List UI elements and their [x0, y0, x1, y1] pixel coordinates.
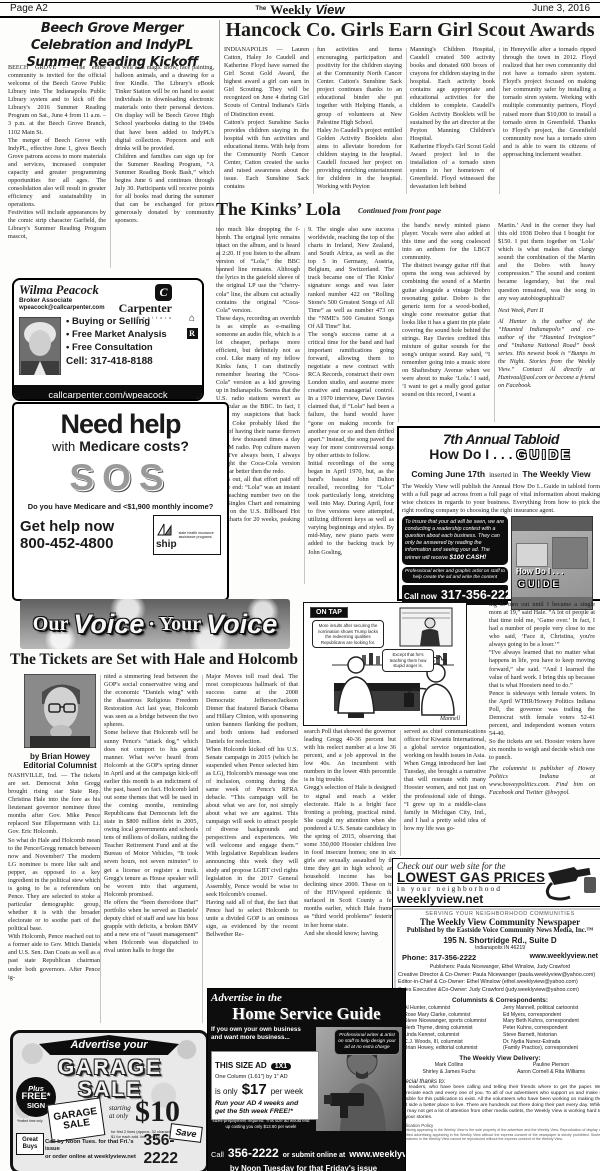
garage-roof-banner: Advertise your [39, 1035, 179, 1055]
kinks-headline: The Kinks’ Lola [216, 199, 356, 220]
medicare-subline: Medicare costs? [79, 438, 189, 454]
realtor-icons: ⌂ R [185, 314, 199, 339]
ship-sails-icon [156, 522, 174, 536]
thanks-body: Our readers, who have been calling and t… [398, 1085, 600, 1122]
hancock-article-col3: Manning's Children Hospital, Caudell cre… [410, 46, 495, 198]
carpenter-logo: C Carpenter R e a l t o r s [119, 283, 172, 320]
masthead-publishers: Publishers: Paula Nicewanger, Ethel Wins… [398, 964, 600, 970]
editorial-cartoon: ON TAP More insults after securing the n… [303, 602, 467, 726]
howdoi-ad-paper: The Weekly View [522, 469, 590, 479]
tickets-article-col3: Major Moves toll road deal. The most con… [206, 673, 298, 990]
howdoi-ad-body: The Weekly View will publish the Annual … [402, 483, 600, 514]
kinks-article-col4: Martin.’ And in the corner they had this… [498, 222, 595, 424]
cover-photo-block [516, 543, 548, 567]
size-label: THIS SIZE AD [215, 1061, 267, 1070]
wilma-bullet-2: • Free Market Analysis [66, 329, 178, 342]
tickets-article-col4: search Poll that showed the governor lea… [304, 728, 396, 986]
wilma-email: wpeacock@callcarpenter.com [19, 305, 105, 311]
howdoi-ad-staff-note: Professional writer and graphic artist o… [402, 567, 508, 583]
howdoi-guide-cover-image: How Do I . . . GUIDE [511, 516, 593, 610]
banner-voice-2: Voice [206, 609, 277, 640]
free-sign-note: *limited time only [17, 1119, 43, 1123]
delivery-left-list: Mark Collins Shirley & James Fuchs [398, 1062, 500, 1076]
wilma-website-bar: callcarpenter.com/wpeacock [14, 385, 202, 399]
garage-sale-ad: Advertise your GARAGE SALE Plus FREE* SI… [10, 1030, 209, 1171]
home-ad-note: *Special offer applies to all home servi… [211, 1113, 311, 1129]
cartoon-title: ON TAP [310, 607, 348, 618]
hancock-article-col1: INDIANAPOLIS — Lauren Catton, Haley Jo C… [224, 46, 309, 198]
policy-body: Advertising appearing in the Weekly View… [398, 1128, 600, 1141]
howdoi-ad-title: How Do I . . . [429, 446, 512, 462]
wilma-peacock-ad: Wilma Peacock Broker Associate wpeacock@… [12, 278, 204, 401]
medicare-phone: 800-452-4800 [20, 535, 147, 552]
ship-subtext: state health insurance assistance progra… [179, 531, 218, 540]
tickets-article-col5: served as chief communications officer f… [404, 728, 486, 857]
column-divider [304, 228, 305, 584]
starting-at-label: starting at only [109, 1105, 131, 1120]
banner-separator: • [149, 616, 154, 632]
ship-logo: ship state health insurance assistance p… [153, 515, 221, 555]
price-post: per week [271, 1087, 303, 1096]
wilma-bullet-3: • Free Consultation [66, 342, 178, 355]
cartoon-speech-bubble-1: More insults after securing the nominati… [312, 620, 384, 648]
howdoi-ad-phone: 317-356-2222 [441, 588, 519, 602]
wilma-bullet-1: • Buying or Selling [66, 316, 178, 329]
byline-role: Editorial Columnist [12, 761, 108, 770]
column-divider [400, 730, 401, 856]
tickets-article-col6: ing to turn out until I became a single … [489, 601, 595, 857]
price-amount: $17 [242, 1081, 267, 1098]
home-ad-staff-note: Professional writer & artist on staff to… [334, 1029, 400, 1055]
tickets-headline: The Tickets are Set with Hale and Holcom… [10, 651, 300, 669]
realtor-r-icon: R [187, 328, 198, 339]
wilma-photo [19, 317, 61, 375]
tickets-byline: by Brian Howey Editorial Columnist [12, 752, 108, 770]
cartoonist-signature: Mannell [440, 716, 460, 722]
kinks-article-col2: 9. The single also saw success worldwide… [308, 226, 394, 587]
columnists-right-list: Jerry Mannell, political cartoonist Ed M… [503, 1005, 600, 1052]
brian-howey-photo [24, 674, 96, 748]
cover-photo-block [552, 537, 588, 569]
column-divider [398, 228, 399, 422]
masthead-the: The [256, 6, 267, 12]
column-divider [494, 228, 495, 422]
kinks-author-bio: Al Hunter is the author of the “Haunted … [498, 318, 595, 391]
hancock-article-col2: fun activities and items encouraging par… [317, 46, 402, 198]
tickets-article-col6-text: ing to turn out until I became a single … [489, 601, 595, 762]
home-ad-call-line: Call 356-2222 or submit online at www.we… [211, 1144, 396, 1162]
columnists-left-list: Al Hunter, columnist Rose Mary Clarke, c… [398, 1005, 503, 1052]
garage-header: Advertise your [70, 1039, 147, 1051]
hancock-article-col4: in Henryville after a tornado ripped thr… [503, 46, 596, 198]
column-divider [110, 66, 111, 268]
home-site: www.weeklyview.net [349, 1149, 406, 1159]
ship-wordmark: ship [156, 541, 177, 549]
masthead-website: www.weeklyview.net [530, 953, 598, 962]
delivery-title: The Weekly View Delivery: [398, 1055, 600, 1062]
howdoi-ad-inserted: inserted in [489, 471, 518, 479]
cartoon-speech-bubble-2: Except that he's teaching them how stupi… [382, 649, 434, 672]
column-divider [313, 48, 314, 194]
great-buys-sign: Great Buys [16, 1133, 44, 1155]
wilma-bullets: • Buying or Selling • Free Market Analys… [66, 316, 178, 367]
carpenter-c-icon: C [155, 284, 172, 301]
masthead-weekly: Weekly [270, 2, 311, 17]
garage-phone: 356-2222 [143, 1132, 203, 1168]
hancock-headline: Hancock Co. Girls Earn Girl Scout Awards [224, 19, 596, 42]
masthead-view: View [315, 2, 344, 17]
home-phone: 356-2222 [228, 1146, 279, 1160]
column-divider [202, 675, 203, 1023]
column-divider [100, 675, 101, 1023]
howdoi-ad-contest: To insure that your ad will be seen, we … [402, 516, 508, 565]
masthead-phone: Phone: 317-356-2222 [402, 953, 476, 962]
cover-guide: GUIDE [518, 579, 562, 589]
home-call-pre: Call [211, 1150, 224, 1159]
size-badge: 1X1 [271, 1063, 291, 1070]
gas-nozzle-icon [540, 863, 600, 901]
medicare-ad: Need help with Medicare costs? SOS Do yo… [12, 402, 229, 601]
banner-your: Your [159, 613, 201, 636]
wilma-cell-number: Cell: 317-418-8188 [66, 356, 178, 367]
columnists-title: Columnists & Correspondents: [398, 997, 600, 1004]
tickets-article-col1: NASHVILLE, Ind. — The tickets are set. D… [8, 772, 100, 1026]
masthead-info-box: SERVING YOUR NEIGHBORHOOD COMMUNITIES Th… [392, 906, 600, 1171]
carpenter-brand: Carpenter [119, 301, 172, 316]
garage-call-line2: or order online at weeklyview.net [45, 1154, 140, 1161]
wilma-title: Broker Associate [19, 297, 72, 304]
howdoi-ad-line1: 7th Annual Tabloid [402, 431, 600, 447]
masthead-published: Published by the Eastside Voice Communit… [398, 927, 600, 934]
masthead-owner-3: Sales Executive &Co-Owner: Judy Crawford… [398, 987, 600, 994]
home-ad-title: Home Service Guide [211, 1004, 402, 1024]
size-desc: One Column (1.61″) by 1″ AD [215, 1074, 315, 1080]
masthead-address: 195 N. Shortridge Rd., Suite D [398, 936, 600, 945]
howdoi-ad-call-label: Call now [404, 592, 437, 601]
beech-article-col1: BEECH GROVE — The entire community is in… [8, 64, 106, 272]
garage-word-1: GARAGE [43, 1057, 177, 1078]
masthead-city: Indianapolis IN 46219 [398, 945, 600, 951]
garage-call-line1: Call by Noon Tues. for that Fri.'s issue [45, 1139, 140, 1153]
kinks-next-week: Next Week, Part II [498, 307, 595, 314]
masthead-owner-2: Editor-in-Chief & Co-Owner: Ethel Winslo… [398, 979, 600, 986]
tickets-columnist-bio: The columnist is publisher of Howey Poli… [489, 765, 595, 797]
wilma-name: Wilma Peacock [19, 283, 99, 298]
masthead-owner-1: Creative Director & Co-Owner: Paula Nice… [398, 972, 600, 979]
home-ad-header: Advertise in the [211, 992, 402, 1004]
delivery-right-list: Pauline Pierson Aaron Cornell & Rita Wil… [500, 1062, 600, 1076]
howdoi-ad-guide: GUIDE [517, 447, 573, 462]
column-divider [499, 48, 500, 194]
masthead-title: The Weekly View Community Newspaper [398, 917, 600, 927]
kinks-continued-label: Continued from front page [358, 206, 468, 215]
medicare-question: Do you have Medicare and <$1,900 monthly… [20, 502, 221, 511]
home-service-ad: Advertise in the Home Service Guide If y… [207, 988, 406, 1171]
sos-pills-graphic: SOS [20, 457, 221, 499]
kinks-article-col3: the band's newly minted piano player. Vo… [402, 222, 490, 422]
byline-author: by Brian Howey [12, 752, 108, 761]
beech-article-col2: as well as a magic show, face painting, … [115, 64, 214, 272]
newspaper-page: Page A2 The Weekly View June 3, 2016 Bee… [0, 0, 600, 1171]
medicare-with: with [52, 439, 75, 454]
page-number-label: Page A2 [10, 3, 48, 14]
price-pre: is only [215, 1087, 238, 1096]
wilma-website: callcarpenter.com/wpeacock [48, 390, 167, 401]
howdoi-ad: 7th Annual Tabloid How Do I . . . GUIDE … [397, 426, 600, 601]
our-voice-banner: Our Voice • Your Voice [20, 599, 290, 649]
medicare-cta: Get help now [20, 518, 147, 535]
issue-date: June 3, 2016 [532, 3, 590, 14]
banner-voice-1: Voice [73, 609, 144, 640]
howdoi-ad-prize: $100 CASH! [449, 554, 486, 561]
howdoi-ad-date: Coming June 17th [411, 469, 485, 479]
home-ad-price-box: THIS SIZE AD 1X1 One Column (1.61″) by 1… [211, 1051, 319, 1120]
kinks-article-col4-text: Martin.’ And in the corner they had this… [498, 222, 595, 303]
equal-housing-icon: ⌂ [185, 314, 199, 324]
medicare-headline: Need help [20, 409, 221, 440]
tickets-article-col2: nited a simmering feud between the GOP's… [104, 673, 198, 1026]
home-call-mid: or submit online at [283, 1152, 346, 1159]
gas-prices-ad: Check out our web site for the LOWEST GA… [392, 858, 600, 909]
column-divider [406, 48, 407, 194]
header-bottom-rule [0, 16, 600, 18]
banner-our: Our [33, 613, 69, 636]
cover-title: How Do I . . . [516, 567, 564, 576]
home-ad-deadline: by Noon Tuesday for that Friday's issue [211, 1164, 396, 1171]
